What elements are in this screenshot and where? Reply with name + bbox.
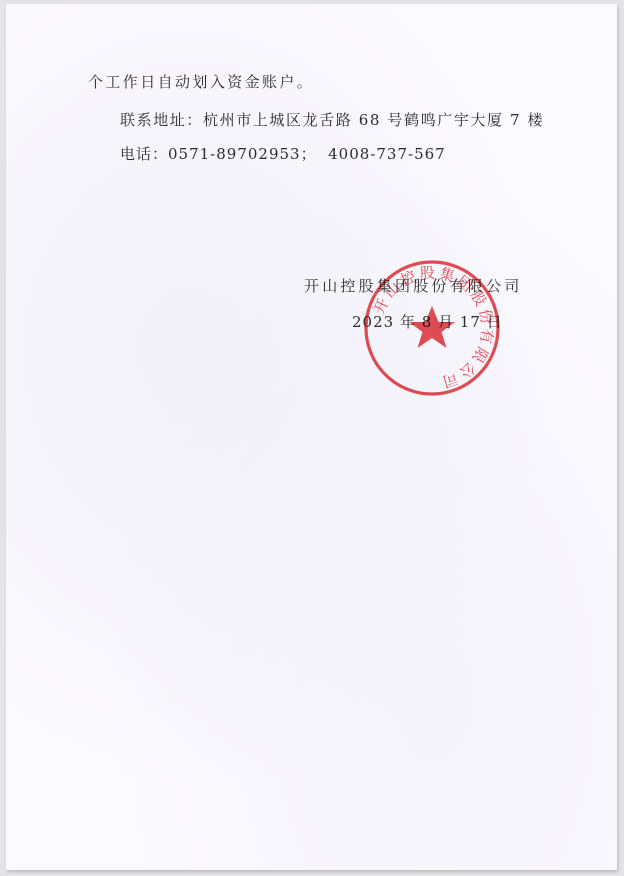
contact-address: 联系地址：杭州市上城区龙舌路 68 号鹤鸣广宇大厦 7 楼 [120, 109, 544, 130]
star-icon [409, 306, 455, 348]
company-seal-stamp: 开山控股集团股份有限公司 [362, 258, 502, 398]
contact-phone: 电话：0571-89702953； 4008-737-567 [120, 143, 446, 164]
document-page: 个工作日自动划入资金账户。 联系地址：杭州市上城区龙舌路 68 号鹤鸣广宇大厦 … [6, 4, 617, 870]
continuation-line: 个工作日自动划入资金账户。 [88, 71, 314, 92]
